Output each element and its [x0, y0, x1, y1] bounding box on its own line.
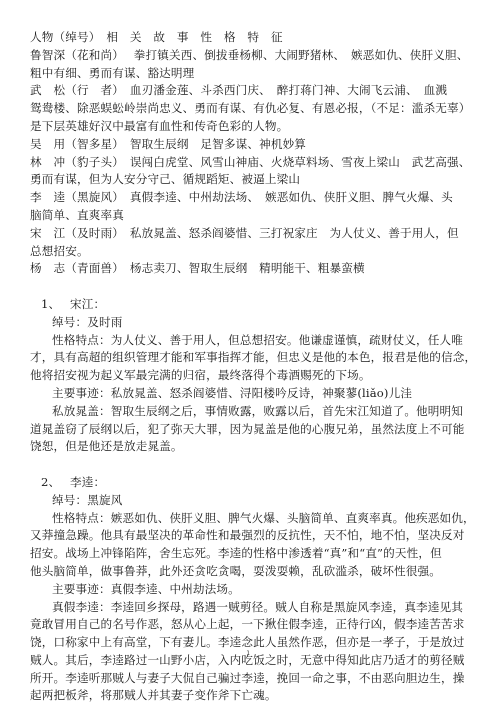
- story-line: 所开。李逵听那贼人与妻子大侃自己骗过李逵，挽回一命之事，不由恶向胆边生，操: [30, 670, 468, 688]
- row-line: 宋 江（及时雨） 私放晁盖、怒杀阎婆惜、三打祝家庄 为人仗义、善于用人，但: [30, 225, 468, 243]
- story-line: 起两把板斧，将那贼人并其妻子变作斧下亡魂。: [30, 687, 468, 702]
- character-row-song-jiang: 宋 江（及时雨） 私放晁盖、怒杀阎婆惜、三打祝家庄 为人仗义、善于用人，但 总想…: [30, 225, 468, 261]
- section-heading: 2、 李逵：: [30, 474, 468, 492]
- nickname-line: 绰号：黑旋风: [30, 492, 468, 510]
- row-line: 李 逵（黑旋风） 真假李逵、中州劫法场、 嫉恶如仇、侠肝义胆、脾气火爆、头: [30, 189, 468, 207]
- section-song-jiang: 1、 宋江： 绰号：及时雨 性格特点：为人仗义、善于用人，但总想招安。他谦虚谨慎…: [30, 296, 468, 456]
- nickname-line: 绰号：及时雨: [30, 314, 468, 332]
- story-line: 道晁盖窃了辰纲以后，犯了弥天大罪，因为晁盖是他的心腹兄弟，虽然法度上不可能: [30, 421, 468, 439]
- row-line: 粗中有细、勇而有谋、豁达明理: [30, 65, 468, 83]
- row-line: 勇而有谋，但为人安分守己、循规蹈矩、被逼上梁山: [30, 171, 468, 189]
- story-line: 饶恕，但是他还是放走晁盖。: [30, 438, 468, 456]
- row-line: 吴 用（智多星） 智取生辰纲 足智多谋、神机妙算: [30, 136, 468, 154]
- story-line: 真假李逵：李逵回乡探母，路遇一贼剪径。贼人自称是黑旋风李逵，真李逵见其: [30, 599, 468, 617]
- table-header: 人物（绰号） 相 关 故 事 性 格 特 征: [30, 29, 468, 47]
- row-line: 杨 志（青面兽） 杨志卖刀、智取生辰纲 精明能干、粗暴蛮横: [30, 260, 468, 278]
- story-line: 竟敢冒用自己的名号作恶，怒从心上起，一下揪住假李逵，正待行凶，假李逵苦苦求: [30, 616, 468, 634]
- section-li-kui: 2、 李逵： 绰号：黑旋风 性格特点：嫉恶如仇、侠肝义胆、脾气火爆、头脑简单、直…: [30, 474, 468, 702]
- traits-line: 招安。战场上冲锋陷阵，舍生忘死。李逵的性格中渗透着“真”和“直”的天性，但: [30, 545, 468, 563]
- character-row-wu-yong: 吴 用（智多星） 智取生辰纲 足智多谋、神机妙算: [30, 136, 468, 154]
- story-line: 私放晁盖：智取生辰纲之后，事情败露，败露以后，首先宋江知道了。他明明知: [30, 403, 468, 421]
- traits-line: 性格特点：为人仗义、善于用人，但总想招安。他谦虚谨慎，疏财仗义，任人唯: [30, 332, 468, 350]
- document-page: 人物（绰号） 相 关 故 事 性 格 特 征 鲁智深（花和尚） 拳打镇关西、倒拔…: [30, 29, 468, 702]
- traits-line: 他将招安视为起义军最完满的归宿，最终落得个毒酒赐死的下场。: [30, 367, 468, 385]
- row-line: 总想招安。: [30, 243, 468, 261]
- traits-line: 才，具有高超的组织管理才能和军事指挥才能，但忠义是他的本色，报君是他的信念，: [30, 349, 468, 367]
- character-row-lu-zhishen: 鲁智深（花和尚） 拳打镇关西、倒拔垂杨柳、大闹野猪林、 嫉恶如仇、侠肝义胆、 粗…: [30, 47, 468, 83]
- row-line: 是下层英雄好汉中最富有血性和传奇色彩的人物。: [30, 118, 468, 136]
- row-line: 脑简单、直爽率真: [30, 207, 468, 225]
- traits-line: 性格特点：嫉恶如仇、侠肝义胆、脾气火爆、头脑简单、直爽率真。他疾恶如仇，: [30, 510, 468, 528]
- row-line: 林 冲（豹子头） 误闯白虎堂、风雪山神庙、火烧草料场、雪夜上梁山 武艺高强、: [30, 154, 468, 172]
- traits-line: 他头脑简单，做事鲁莽，此外还贪吃贪喝，耍泼耍赖，乱砍滥杀，破坏性很强。: [30, 563, 468, 581]
- character-row-lin-chong: 林 冲（豹子头） 误闯白虎堂、风雪山神庙、火烧草料场、雪夜上梁山 武艺高强、 勇…: [30, 154, 468, 190]
- character-row-li-kui: 李 逵（黑旋风） 真假李逵、中州劫法场、 嫉恶如仇、侠肝义胆、脾气火爆、头 脑简…: [30, 189, 468, 225]
- section-heading: 1、 宋江：: [30, 296, 468, 314]
- deeds-line: 主要事迹：私放晁盖、怒杀阎婆惜、浔阳楼吟反诗，神聚蓼(liǎo)儿洼: [30, 385, 468, 403]
- row-line: 武 松（行 者） 血刃潘金莲、斗杀西门庆、 醉打蒋门神、大闹飞云浦、 血溅: [30, 82, 468, 100]
- row-line: 鲁智深（花和尚） 拳打镇关西、倒拔垂杨柳、大闹野猪林、 嫉恶如仇、侠肝义胆、: [30, 47, 468, 65]
- row-line: 鸳鸯楼、除恶蜈蚣岭崇尚忠义、勇而有谋、有仇必复、有恩必报，（不足：滥杀无辜）: [30, 100, 468, 118]
- character-row-yang-zhi: 杨 志（青面兽） 杨志卖刀、智取生辰纲 精明能干、粗暴蛮横: [30, 260, 468, 278]
- deeds-line: 主要事迹：真假李逵、中州劫法场。: [30, 581, 468, 599]
- page-number: 1: [0, 650, 496, 657]
- traits-line: 又莽撞急躁。他具有最坚决的革命性和最强烈的反抗性，天不怕，地不怕，坚决反对: [30, 527, 468, 545]
- character-row-wu-song: 武 松（行 者） 血刃潘金莲、斗杀西门庆、 醉打蒋门神、大闹飞云浦、 血溅 鸳鸯…: [30, 82, 468, 135]
